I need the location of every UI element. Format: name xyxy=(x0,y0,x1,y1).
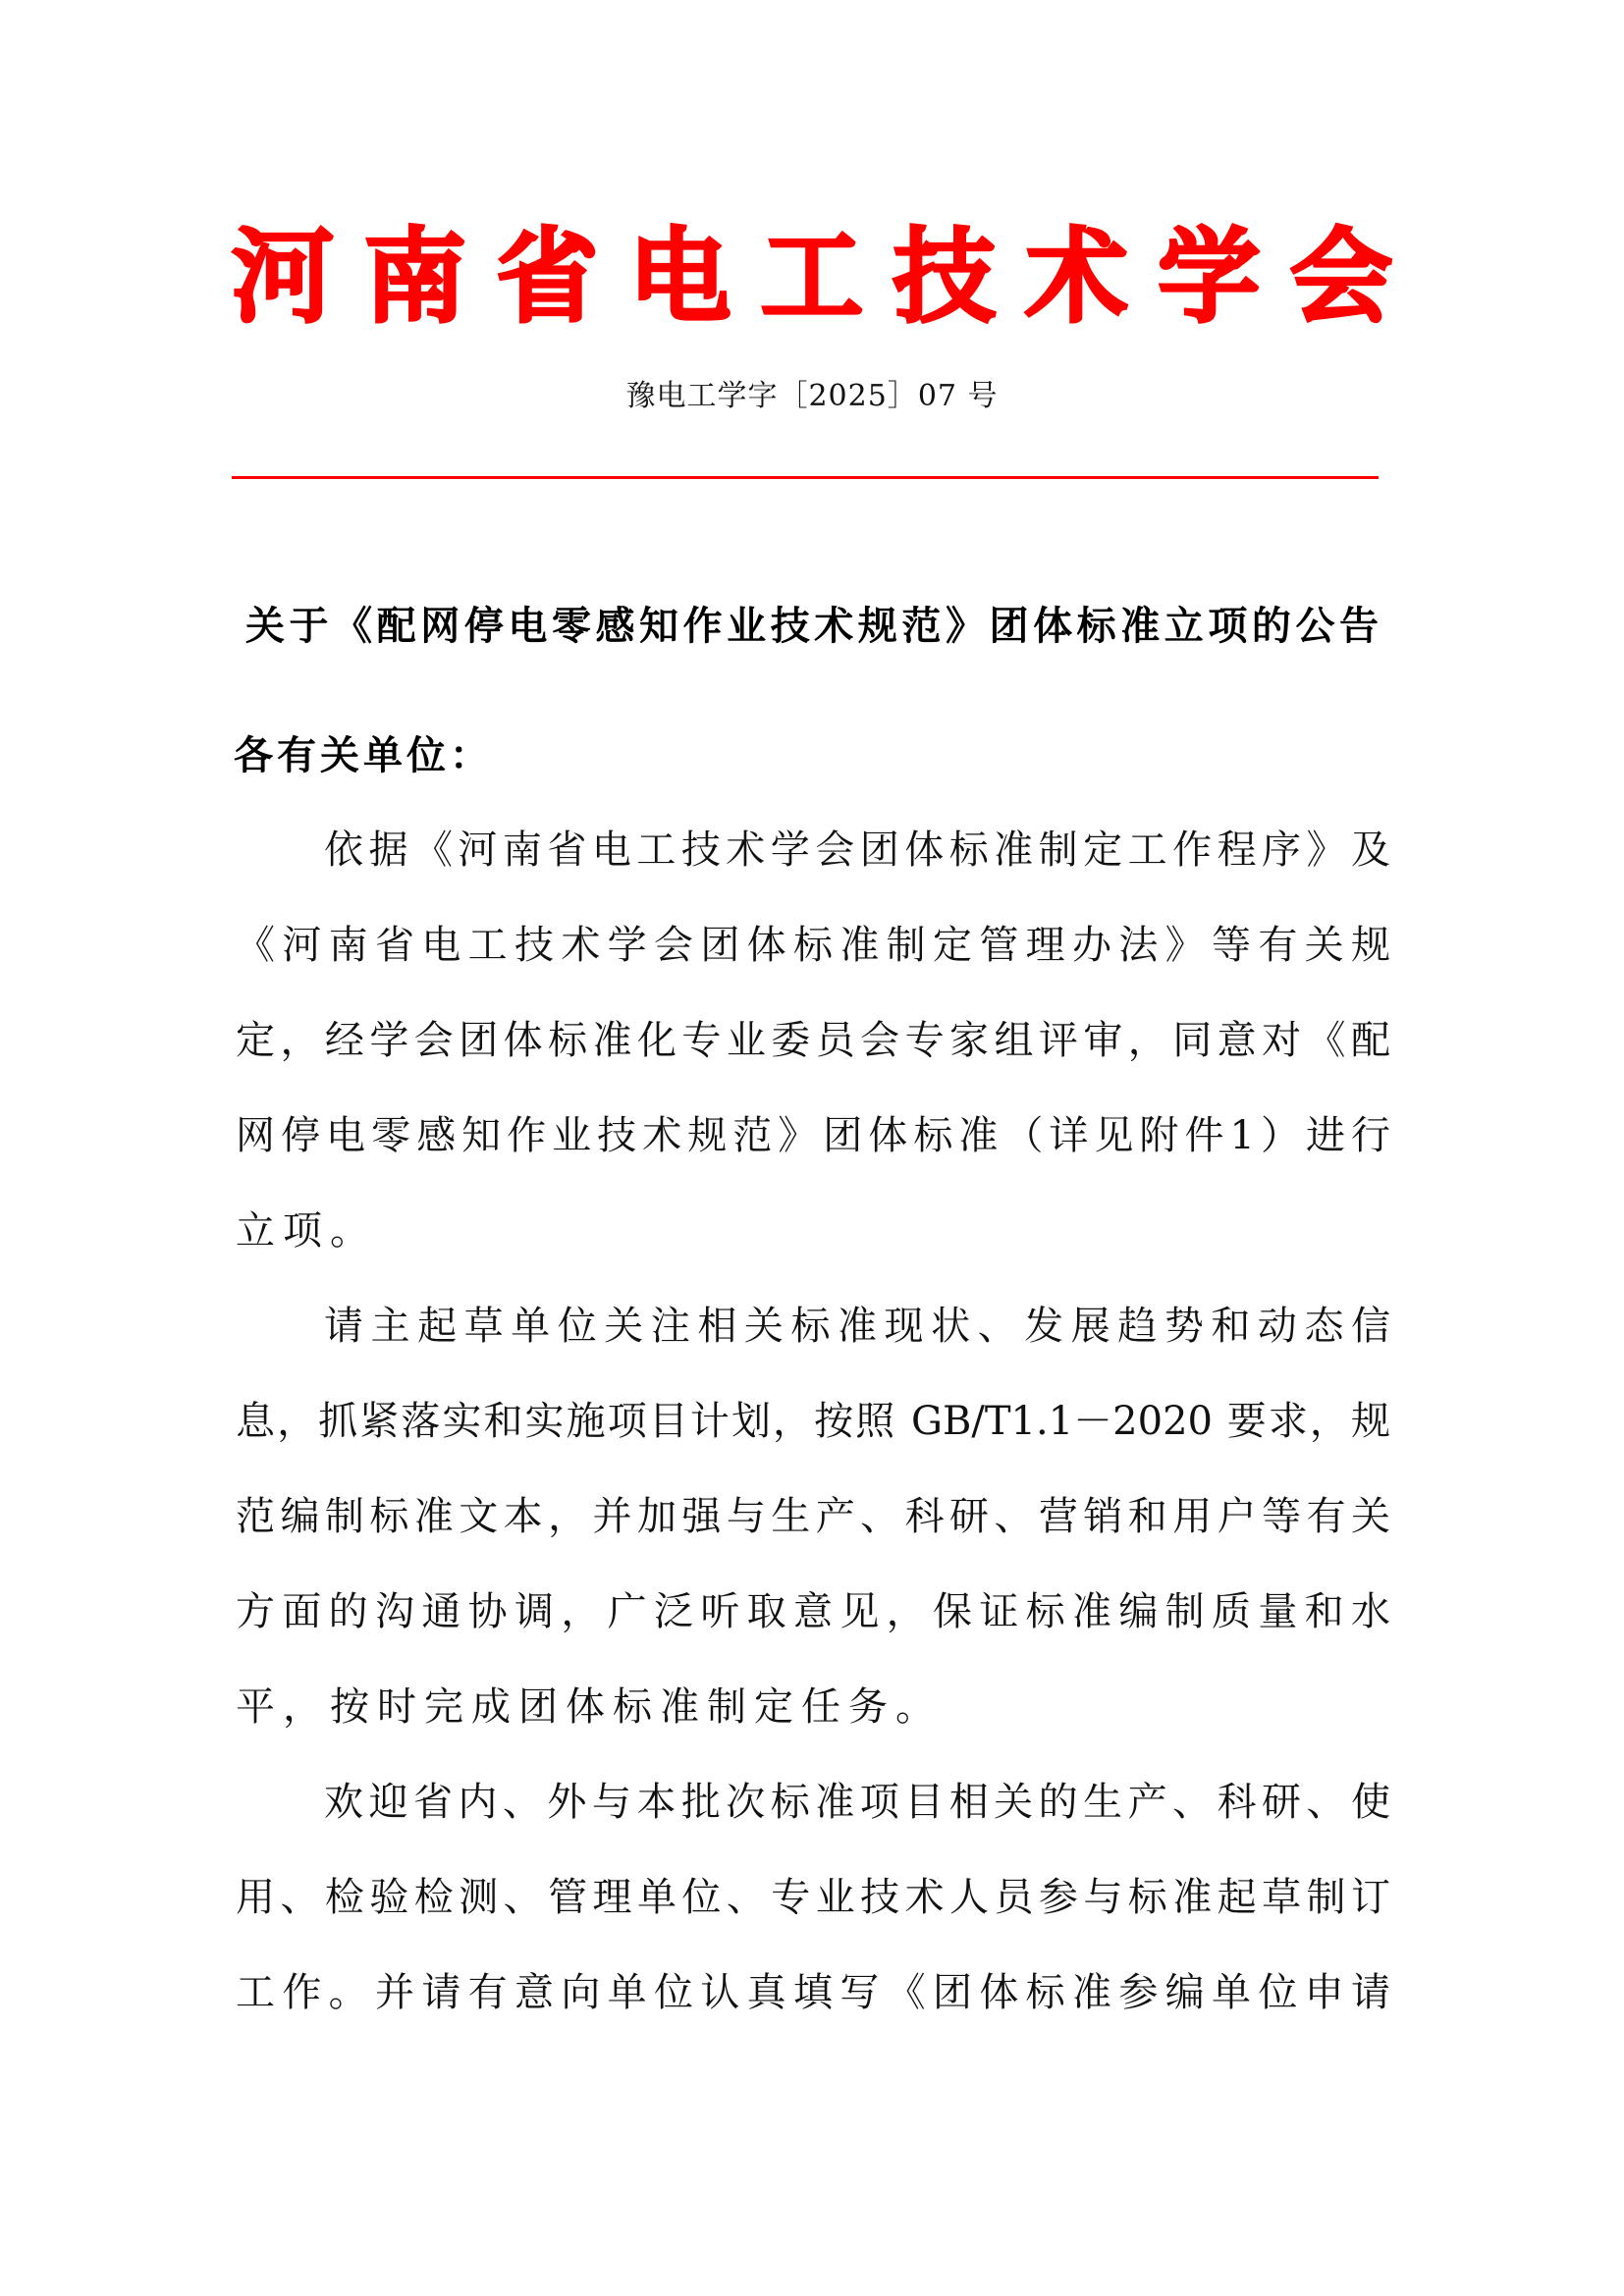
red-divider-rule xyxy=(232,476,1379,479)
notice-title: 关于《配网停电零感知作业技术规范》团体标准立项的公告 xyxy=(245,601,1379,652)
paragraph-1-line: 定，经学会团体标准化专业委员会专家组评审，同意对《配 xyxy=(236,1013,1390,1068)
masthead-char: 南 xyxy=(364,218,466,336)
paragraph-3-line: 工作。并请有意向单位认真填写《团体标准参编单位申请 xyxy=(236,1965,1390,2020)
masthead-char: 技 xyxy=(893,218,996,336)
masthead-char: 省 xyxy=(497,218,599,336)
masthead-char: 会 xyxy=(1290,218,1392,336)
paragraph-2-line: 方面的沟通协调，广泛听取意见，保证标准编制质量和水 xyxy=(236,1584,1390,1639)
masthead-char: 河 xyxy=(232,218,334,336)
masthead-char: 术 xyxy=(1026,218,1128,336)
paragraph-1-line: 立项。 xyxy=(236,1203,1390,1258)
paragraph-2-line: 平，按时完成团体标准制定任务。 xyxy=(236,1680,1390,1735)
paragraph-2-line: 范编制标准文本，并加强与生产、科研、营销和用户等有关 xyxy=(236,1489,1390,1544)
masthead-char: 电 xyxy=(628,218,731,336)
document-number: 豫电工学字［2025］07 号 xyxy=(0,377,1624,416)
paragraph-3-line: 用、检验检测、管理单位、专业技术人员参与标准起草制订 xyxy=(236,1870,1390,1925)
paragraph-3-line: 欢迎省内、外与本批次标准项目相关的生产、科研、使 xyxy=(324,1775,1390,1830)
document-page: 河 南 省 电 工 技 术 学 会 豫电工学字［2025］07 号 关于《配网停… xyxy=(0,0,1624,2296)
masthead-char: 学 xyxy=(1158,218,1260,336)
paragraph-1-line: 网停电零感知作业技术规范》团体标准（详见附件1）进行 xyxy=(236,1108,1390,1163)
paragraph-1-line: 依据《河南省电工技术学会团体标准制定工作程序》及 xyxy=(324,823,1390,878)
paragraph-2-line: 请主起草单位关注相关标准现状、发展趋势和动态信 xyxy=(324,1299,1390,1354)
paragraph-2-line: 息，抓紧落实和实施项目计划，按照 GB/T1.1－2020 要求，规 xyxy=(236,1394,1390,1449)
masthead-char: 工 xyxy=(761,218,863,336)
masthead-organization-name: 河 南 省 电 工 技 术 学 会 xyxy=(232,218,1392,336)
salutation: 各有关单位： xyxy=(234,730,493,781)
paragraph-1-line: 《河南省电工技术学会团体标准制定管理办法》等有关规 xyxy=(236,918,1390,973)
